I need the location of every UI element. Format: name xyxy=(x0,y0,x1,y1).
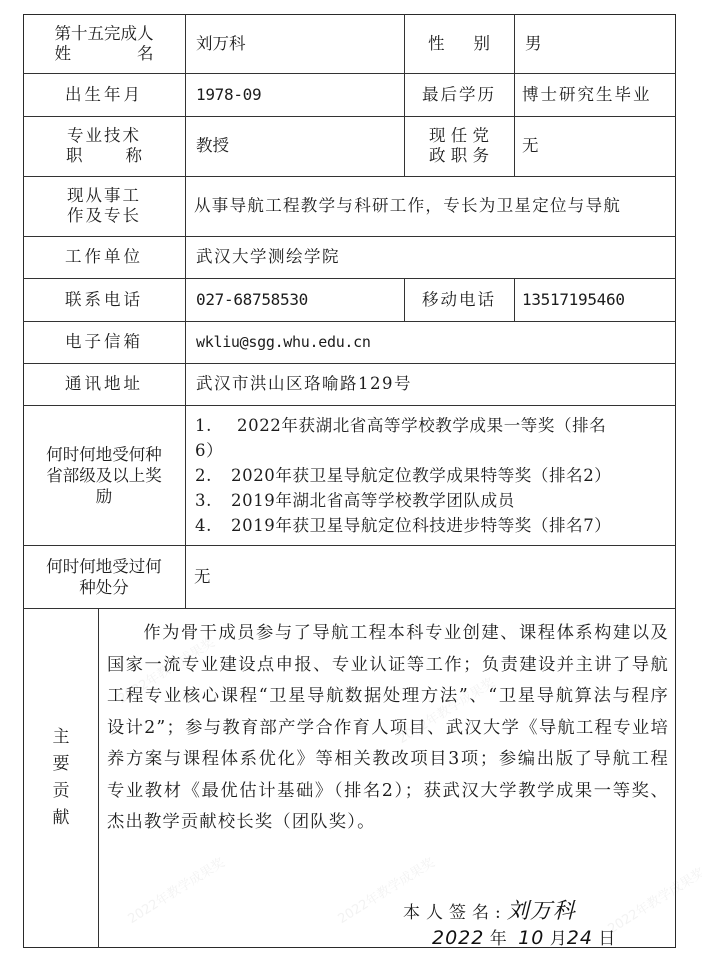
contribution-text: 作为骨干成员参与了导航工程本科专业创建、课程体系构建以及国家一流专业建设点申报、… xyxy=(107,618,669,839)
signature-date: 2022 年 10 月24 日 xyxy=(432,924,615,949)
awards-list: 1.2022年获湖北省高等学校教学成果一等奖（排名 6） 2.2020年获卫星导… xyxy=(185,405,676,545)
punishment-value: 无 xyxy=(185,545,676,608)
email-label: 电子信箱 xyxy=(23,321,185,363)
contribution-label: 主 要 贡 献 xyxy=(23,608,99,948)
address-value: 武汉市洪山区珞喻路129号 xyxy=(185,363,676,405)
awards-label-line: 何时何地受何种 xyxy=(46,444,162,465)
award-text: 2022年获湖北省高等学校教学成果一等奖（排名 xyxy=(237,416,606,435)
date-day-unit: 日 xyxy=(598,929,615,949)
award-form-page: 2022年教学成果奖 2022年教学成果奖 2022年教学成果奖 2022年教学… xyxy=(0,0,702,973)
award-number: 4. xyxy=(195,513,231,538)
work-label: 现从事工 作及专长 xyxy=(23,176,185,236)
signature-label: 本人签名: xyxy=(403,903,507,923)
mobile-label: 移动电话 xyxy=(404,278,514,321)
award-number: 3. xyxy=(195,488,231,513)
gender-label: 性 别 xyxy=(404,14,514,73)
title-label-char: 职 xyxy=(66,146,83,166)
party-post-value: 无 xyxy=(514,116,676,176)
birth-value: 1978-09 xyxy=(185,73,404,116)
address-label: 通讯地址 xyxy=(23,363,185,405)
date-month: 10 xyxy=(518,927,544,949)
awards-label: 何时何地受何种 省部级及以上奖 励 xyxy=(23,405,185,545)
award-number: 1. xyxy=(195,413,237,438)
contribution-label-char: 贡 xyxy=(53,778,70,805)
title-label: 专业技术 职 称 xyxy=(23,116,185,176)
award-text: 2020年获卫星导航定位教学成果特等奖（排名2） xyxy=(231,466,611,485)
party-post-label-top: 现 任 党 xyxy=(429,126,489,146)
work-value: 从事导航工程教学与科研工作，专长为卫星定位与导航 xyxy=(185,176,676,236)
awards-label-line: 省部级及以上奖 xyxy=(46,465,162,486)
work-label-top: 现从事工 xyxy=(67,186,141,206)
education-label: 最后学历 xyxy=(404,73,514,116)
award-text: 2019年湖北省高等学校教学团队成员 xyxy=(231,491,515,510)
awards-label-line: 励 xyxy=(46,486,162,507)
title-label-bottom: 职 称 xyxy=(66,146,142,166)
name-label-char: 名 xyxy=(137,44,154,64)
email-value: wkliu@sgg.whu.edu.cn xyxy=(185,321,676,363)
award-item: 1.2022年获湖北省高等学校教学成果一等奖（排名 xyxy=(195,413,606,438)
name-label-top: 第十五完成人 xyxy=(55,24,154,44)
party-post-label-bottom: 政 职 务 xyxy=(429,146,489,166)
punishment-label-bottom: 种处分 xyxy=(46,577,162,598)
party-post-label: 现 任 党 政 职 务 xyxy=(404,116,514,176)
award-number: 2. xyxy=(195,463,231,488)
name-value: 刘万科 xyxy=(185,14,404,73)
name-label-bottom: 姓 名 xyxy=(55,44,154,64)
punishment-label: 何时何地受过何 种处分 xyxy=(23,545,185,608)
education-value: 博士研究生毕业 xyxy=(514,73,676,116)
punishment-label-top: 何时何地受过何 xyxy=(46,556,162,577)
unit-value: 武汉大学测绘学院 xyxy=(185,236,676,278)
award-item: 3.2019年湖北省高等学校教学团队成员 xyxy=(195,488,515,513)
signature-row: 本人签名:刘万科 xyxy=(403,894,576,925)
award-item: 4.2019年获卫星导航定位科技进步特等奖（排名7） xyxy=(195,513,611,538)
handwritten-signature: 刘万科 xyxy=(507,899,576,924)
date-month-unit: 月 xyxy=(550,929,567,949)
title-value: 教授 xyxy=(185,116,404,176)
phone-label: 联系电话 xyxy=(23,278,185,321)
name-label: 第十五完成人 姓 名 xyxy=(23,14,185,73)
award-item: 2.2020年获卫星导航定位教学成果特等奖（排名2） xyxy=(195,463,611,488)
work-label-bottom: 作及专长 xyxy=(67,206,141,226)
gender-value: 男 xyxy=(514,14,676,73)
row-divider xyxy=(23,608,676,609)
phone-value: 027-68758530 xyxy=(185,278,404,321)
contribution-paragraph: 作为骨干成员参与了导航工程本科专业创建、课程体系构建以及国家一流专业建设点申报、… xyxy=(107,618,669,839)
gender-label-char: 别 xyxy=(474,34,491,54)
date-day: 24 xyxy=(567,927,593,949)
contribution-label-char: 要 xyxy=(53,751,70,778)
award-text: 2019年获卫星导航定位科技进步特等奖（排名7） xyxy=(231,516,611,535)
title-label-char: 称 xyxy=(126,146,143,166)
unit-label: 工作单位 xyxy=(23,236,185,278)
date-year: 2022 xyxy=(432,927,484,949)
title-label-top: 专业技术 xyxy=(66,126,142,146)
gender-label-char: 性 xyxy=(428,34,445,54)
mobile-value: 13517195460 xyxy=(514,278,676,321)
birth-label: 出生年月 xyxy=(23,73,185,116)
date-year-unit: 年 xyxy=(490,929,507,949)
award-item-continuation: 6） xyxy=(195,438,223,463)
contribution-label-char: 主 xyxy=(53,724,70,751)
contribution-label-char: 献 xyxy=(53,805,70,832)
name-label-char: 姓 xyxy=(55,44,72,64)
gender-label-text: 性 别 xyxy=(428,34,490,54)
